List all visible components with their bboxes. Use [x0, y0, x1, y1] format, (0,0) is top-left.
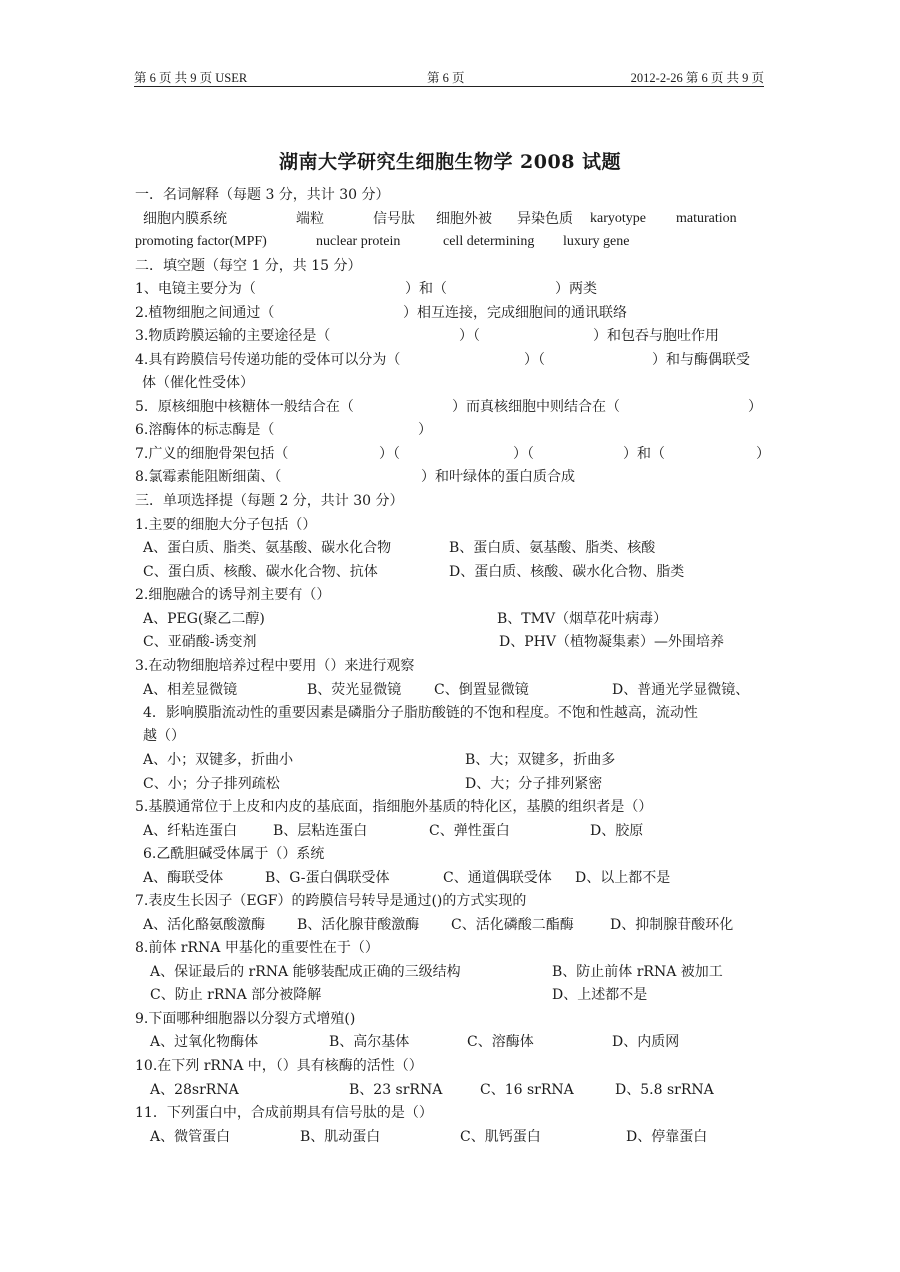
- section3-heading: 三．单项选择提（每题 2 分，共计 30 分）: [135, 491, 404, 511]
- option-a: A、28srRNA: [150, 1080, 239, 1100]
- option-c: C、亚硝酸-诱变剂: [143, 632, 256, 652]
- term: 细胞内膜系统: [143, 209, 227, 229]
- option-b: B、23 srRNA: [349, 1080, 442, 1100]
- choice-question-stem: 4．影响膜脂流动性的重要因素是磷脂分子脂肪酸链的不饱和程度。不饱和性越高，流动性: [143, 703, 698, 723]
- document-title: 湖南大学研究生细胞生物学 2008 试题: [0, 147, 900, 174]
- term: 异染色质: [517, 209, 573, 229]
- term: nuclear protein: [316, 232, 400, 252]
- option-b: B、高尔基体: [329, 1032, 409, 1052]
- option-a: A、相差显微镜: [143, 680, 237, 700]
- choice-question-stem: 2.细胞融合的诱导剂主要有（）: [135, 585, 330, 605]
- term: 信号肽: [373, 209, 415, 229]
- option-c: C、活化磷酸二酯酶: [451, 915, 574, 935]
- choice-question-stem: 7.表皮生长因子（EGF）的跨膜信号转导是通过()的方式实现的: [135, 891, 526, 911]
- choice-question-stem: 9.下面哪种细胞器以分裂方式增殖(): [135, 1009, 355, 1029]
- fill-question-4-cont: 体（催化性受体）: [142, 373, 254, 393]
- choice-question-stem: 11．下列蛋白中，合成前期具有信号肽的是（）: [135, 1103, 433, 1123]
- option-a: A、酶联受体: [143, 868, 223, 888]
- term: maturation: [676, 209, 737, 229]
- option-c: C、16 srRNA: [480, 1080, 574, 1100]
- option-a: A、纤粘连蛋白: [143, 821, 237, 841]
- choice-question-stem: 3.在动物细胞培养过程中要用（）来进行观察: [135, 656, 414, 676]
- option-a: A、小；双键多，折曲小: [143, 750, 293, 770]
- page-header: 第 6 页 共 9 页 USER 第 6 页 2012-2-26 第 6 页 共…: [134, 68, 764, 86]
- option-c: C、通道偶联受体: [443, 868, 552, 888]
- option-a: A、活化酪氨酸激酶: [143, 915, 265, 935]
- option-b: B、肌动蛋白: [300, 1127, 380, 1147]
- choice-question-stem: 10.在下列 rRNA 中，（）具有核酶的活性（）: [135, 1056, 423, 1076]
- option-a: A、PEG(聚乙二醇): [143, 609, 265, 629]
- option-a: A、保证最后的 rRNA 能够装配成正确的三级结构: [150, 962, 461, 982]
- option-c: C、溶酶体: [467, 1032, 534, 1052]
- header-left: 第 6 页 共 9 页 USER: [134, 68, 247, 86]
- option-d: D、内质网: [612, 1032, 679, 1052]
- term: cell determining: [443, 232, 534, 252]
- option-b: B、层粘连蛋白: [273, 821, 367, 841]
- option-d: D、大；分子排列紧密: [465, 774, 602, 794]
- section1-heading: 一．名词解释（每题 3 分，共计 30 分）: [135, 185, 390, 205]
- section2-heading: 二．填空题（每空 1 分，共 15 分）: [135, 256, 362, 276]
- header-right: 2012-2-26 第 6 页 共 9 页: [631, 68, 764, 86]
- term: karyotype: [590, 209, 646, 229]
- option-a: A、微管蛋白: [150, 1127, 230, 1147]
- term: luxury gene: [563, 232, 629, 252]
- option-d: D、蛋白质、核酸、碳水化合物、脂类: [449, 562, 684, 582]
- option-c: C、弹性蛋白: [429, 821, 510, 841]
- header-rule: [134, 86, 764, 87]
- choice-question-stem: 1.主要的细胞大分子包括（）: [135, 515, 316, 535]
- term: promoting factor(MPF): [135, 232, 267, 252]
- term: 端粒: [296, 209, 324, 229]
- option-c: C、蛋白质、核酸、碳水化合物、抗体: [143, 562, 378, 582]
- option-d: D、胶原: [590, 821, 643, 841]
- option-b: B、防止前体 rRNA 被加工: [552, 962, 723, 982]
- option-d: D、抑制腺苷酸环化: [610, 915, 733, 935]
- option-d: D、PHV（植物凝集素）—外围培养: [499, 632, 724, 652]
- choice-question-stem: 5.基膜通常位于上皮和内皮的基底面，指细胞外基质的特化区，基膜的组织者是（）: [135, 797, 652, 817]
- option-d: D、5.8 srRNA: [615, 1080, 714, 1100]
- option-d: D、上述都不是: [552, 985, 647, 1005]
- option-c: C、倒置显微镜: [434, 680, 529, 700]
- option-d: D、停靠蛋白: [626, 1127, 707, 1147]
- option-c: C、防止 rRNA 部分被降解: [150, 985, 321, 1005]
- choice-question-stem: 8.前体 rRNA 甲基化的重要性在于（）: [135, 938, 379, 958]
- option-c: C、肌钙蛋白: [460, 1127, 541, 1147]
- term: 细胞外被: [436, 209, 492, 229]
- option-b: B、蛋白质、氨基酸、脂类、核酸: [449, 538, 655, 558]
- option-b: B、G-蛋白偶联受体: [265, 868, 389, 888]
- option-a: A、蛋白质、脂类、氨基酸、碳水化合物: [143, 538, 391, 558]
- option-a: A、过氧化物酶体: [150, 1032, 258, 1052]
- choice-question-stem: 6.乙酰胆碱受体属于（）系统: [143, 844, 324, 864]
- header-center: 第 6 页: [427, 68, 465, 86]
- option-c: C、小；分子排列疏松: [143, 774, 280, 794]
- option-b: B、大；双键多，折曲多: [465, 750, 615, 770]
- option-b: B、荧光显微镜: [307, 680, 401, 700]
- option-b: B、TMV（烟草花叶病毒）: [497, 609, 667, 629]
- option-b: B、活化腺苷酸激酶: [297, 915, 419, 935]
- option-d: D、以上都不是: [575, 868, 670, 888]
- choice-question-stem-cont: 越（）: [143, 726, 185, 746]
- option-d: D、普通光学显微镜、: [612, 680, 749, 700]
